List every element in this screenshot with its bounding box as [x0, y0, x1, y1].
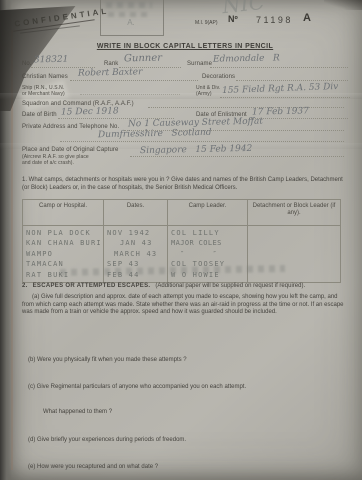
field-line — [148, 107, 344, 108]
field-line — [60, 141, 344, 142]
faint-pencil-marks — [106, 2, 152, 8]
date-entry: JAN 43 — [107, 238, 167, 248]
camp-entry: KAN CHANA BURI — [26, 238, 103, 248]
question-2a: (a) Give full description and approx. da… — [22, 294, 348, 317]
col-dates: Dates. — [104, 200, 168, 226]
date-entry: NOV 1942 — [107, 228, 167, 238]
question-1: 1. What camps, detachments or hospitals … — [22, 177, 344, 192]
col-detachment-leader: Detachment or Block Leader (if any). — [248, 200, 341, 226]
field-line — [249, 118, 348, 119]
detachment-cell — [248, 226, 341, 283]
service-number-value: 318321 — [34, 55, 69, 66]
question-2d: (d) Give briefly your experiences during… — [28, 437, 186, 445]
ship-label: or Merchant Navy) — [22, 91, 65, 97]
leader-entry: COL LILLY — [171, 228, 247, 238]
capture-label: Place and Date of Original Capture — [22, 147, 118, 153]
top-right-shadow — [324, 0, 362, 10]
field-line — [210, 67, 348, 68]
christian-names-label: Christian Names — [22, 74, 68, 80]
date-entry: MARCH 43 — [107, 249, 167, 259]
field-line — [236, 80, 348, 81]
col-camp-or-hospital: Camp or Hospital. — [23, 200, 104, 226]
question-2c-followup: What happened to them ? — [43, 409, 112, 417]
surname-value: Edmondale R — [213, 53, 280, 64]
question-2e: (e) How were you recaptured and on what … — [28, 464, 158, 472]
serial-number: 71198 — [256, 15, 293, 25]
field-line — [80, 94, 180, 95]
q2-title: ESCAPES OR ATTEMPTED ESCAPES. — [33, 283, 151, 289]
scanned-document-photo: CONFIDENTIAL A. M.I. 9(AP) Nº 71198 A NI… — [0, 0, 362, 480]
box-letter: A. — [100, 18, 162, 27]
christian-names-value: Robert Baxter — [78, 67, 143, 78]
rank-label: Rank — [104, 61, 118, 67]
leader-entry: MAJOR COLES — [171, 238, 247, 248]
leader-cell: COL LILLY MAJOR COLES ″ ″ COL TOOSEY W O… — [168, 226, 248, 283]
decorations-label: Decorations — [202, 74, 235, 80]
series-letter: A — [303, 12, 311, 24]
surname-label: Surname — [187, 61, 212, 67]
field-line — [220, 97, 350, 98]
date-of-birth-label: Date of Birth — [22, 112, 57, 118]
form-reference: M.I. 9(AP) — [195, 20, 218, 26]
leader-entry: ″ ″ — [171, 249, 247, 259]
table-header-row: Camp or Hospital. Dates. Camp Leader. De… — [23, 200, 341, 226]
capture-label-sub: and date of a/c crash). — [22, 160, 74, 166]
field-line — [130, 156, 344, 157]
unit-div-label: (Army) — [196, 91, 212, 97]
q2-note: (Additional paper will be supplied on re… — [155, 283, 305, 289]
faint-pencil-marks — [108, 12, 148, 17]
question-2b: (b) Were you physically fit when you mad… — [28, 357, 187, 365]
form-instruction-heading: WRITE IN BLOCK CAPITAL LETTERS IN PENCIL — [70, 43, 300, 50]
field-line — [70, 80, 198, 81]
date-of-birth-value: 15 Dec 1918 — [61, 106, 119, 117]
col-camp-leader: Camp Leader. — [168, 200, 248, 226]
question-2-heading: 2. ESCAPES OR ATTEMPTED ESCAPES. (Additi… — [22, 283, 352, 291]
camp-entry: NON PLA DOCK — [26, 228, 103, 238]
camp-entry: WAMPO — [26, 249, 103, 259]
question-2c: (c) Give Regimental particulars of anyon… — [28, 384, 246, 392]
rank-value: Gunner — [124, 53, 162, 65]
q2-number: 2. — [22, 283, 28, 289]
